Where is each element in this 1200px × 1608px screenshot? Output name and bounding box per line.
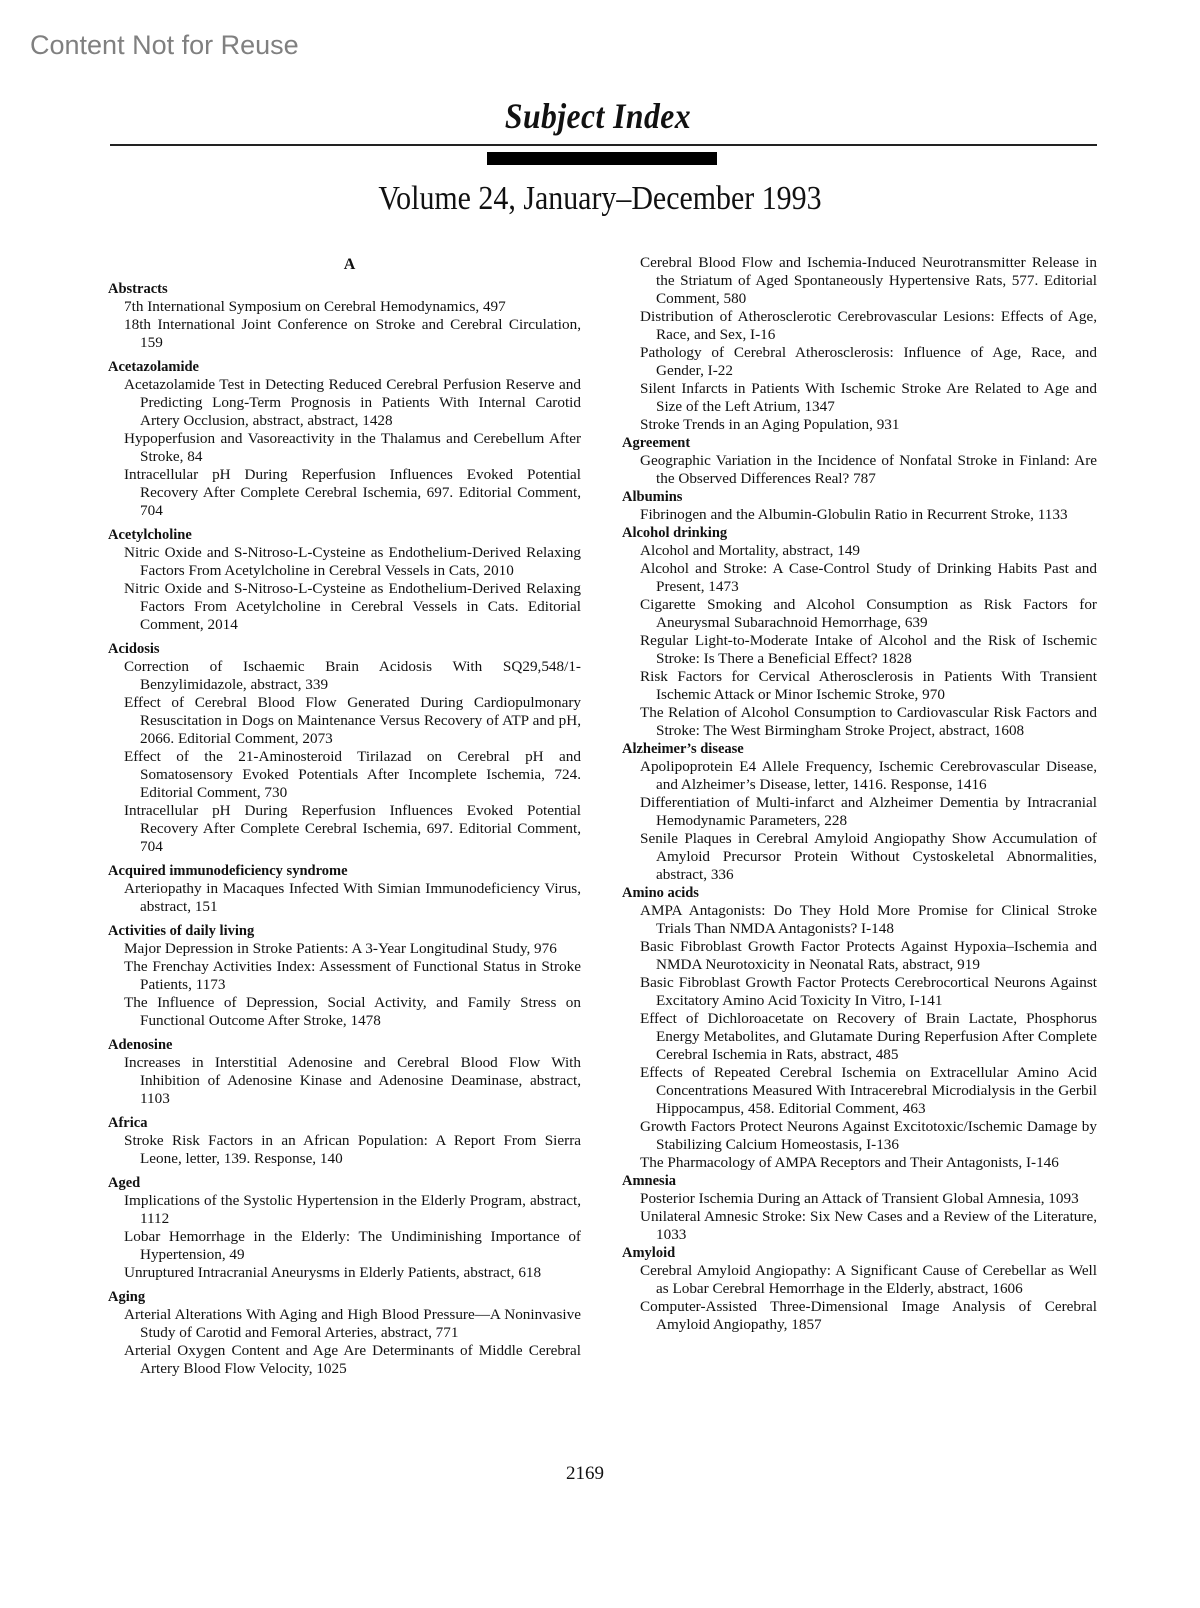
index-entry: Arteriopathy in Macaques Infected With S… (108, 880, 581, 916)
index-group: Acquired immunodeficiency syndromeArteri… (108, 862, 581, 916)
index-heading: Agreement (622, 434, 1097, 452)
index-group: Activities of daily livingMajor Depressi… (108, 922, 581, 1030)
index-entry: Fibrinogen and the Albumin-Globulin Rati… (622, 506, 1097, 524)
index-group: AgedImplications of the Systolic Hyperte… (108, 1174, 581, 1282)
index-entry: Effect of Dichloroacetate on Recovery of… (622, 1010, 1097, 1064)
index-entry: Growth Factors Protect Neurons Against E… (622, 1118, 1097, 1154)
index-entry: Unruptured Intracranial Aneurysms in Eld… (108, 1264, 581, 1282)
index-entry: Effects of Repeated Cerebral Ischemia on… (622, 1064, 1097, 1118)
watermark: Content Not for Reuse (30, 30, 299, 61)
index-entry: Cerebral Amyloid Angiopathy: A Significa… (622, 1262, 1097, 1298)
index-entry: Stroke Trends in an Aging Population, 93… (622, 416, 1097, 434)
index-entry: 7th International Symposium on Cerebral … (108, 298, 581, 316)
title-bar-decoration (487, 152, 717, 165)
index-entry: The Influence of Depression, Social Acti… (108, 994, 581, 1030)
index-entry: Unilateral Amnesic Stroke: Six New Cases… (622, 1208, 1097, 1244)
index-entry: Correction of Ischaemic Brain Acidosis W… (108, 658, 581, 694)
index-entry: Differentiation of Multi-infarct and Alz… (622, 794, 1097, 830)
index-entry: Posterior Ischemia During an Attack of T… (622, 1190, 1097, 1208)
index-group: AcetylcholineNitric Oxide and S-Nitroso-… (108, 526, 581, 634)
index-entry: Intracellular pH During Reperfusion Infl… (108, 466, 581, 520)
index-groups-right: Cerebral Blood Flow and Ischemia-Induced… (622, 254, 1097, 1334)
index-entry: Arterial Oxygen Content and Age Are Dete… (108, 1342, 581, 1378)
index-entry: The Pharmacology of AMPA Receptors and T… (622, 1154, 1097, 1172)
index-heading: Amyloid (622, 1244, 1097, 1262)
index-entry: Arterial Alterations With Aging and High… (108, 1306, 581, 1342)
index-group: Cerebral Blood Flow and Ischemia-Induced… (622, 254, 1097, 434)
index-entry: Stroke Risk Factors in an African Popula… (108, 1132, 581, 1168)
index-entry: Basic Fibroblast Growth Factor Protects … (622, 938, 1097, 974)
index-entry: Apolipoprotein E4 Allele Frequency, Isch… (622, 758, 1097, 794)
index-heading: Acetazolamide (108, 358, 581, 376)
index-entry: Implications of the Systolic Hypertensio… (108, 1192, 581, 1228)
index-heading: Activities of daily living (108, 922, 581, 940)
page-title: Subject Index (70, 95, 1126, 137)
index-heading: Aging (108, 1288, 581, 1306)
title-rule-divider (110, 144, 1097, 146)
index-entry: Effect of Cerebral Blood Flow Generated … (108, 694, 581, 748)
index-entry: AMPA Antagonists: Do They Hold More Prom… (622, 902, 1097, 938)
index-groups-left: Abstracts7th International Symposium on … (108, 280, 581, 1378)
index-entry: Increases in Interstitial Adenosine and … (108, 1054, 581, 1108)
index-group: Alcohol drinkingAlcohol and Mortality, a… (622, 524, 1097, 740)
index-entry: Nitric Oxide and S-Nitroso-L-Cysteine as… (108, 580, 581, 634)
index-heading: Africa (108, 1114, 581, 1132)
index-group: AfricaStroke Risk Factors in an African … (108, 1114, 581, 1168)
index-entry: Senile Plaques in Cerebral Amyloid Angio… (622, 830, 1097, 884)
index-entry: Pathology of Cerebral Atherosclerosis: I… (622, 344, 1097, 380)
index-entry: Cigarette Smoking and Alcohol Consumptio… (622, 596, 1097, 632)
index-entry: Nitric Oxide and S-Nitroso-L-Cysteine as… (108, 544, 581, 580)
index-entry: 18th International Joint Conference on S… (108, 316, 581, 352)
index-group: Alzheimer’s diseaseApolipoprotein E4 All… (622, 740, 1097, 884)
index-entry: Silent Infarcts in Patients With Ischemi… (622, 380, 1097, 416)
index-entry: Lobar Hemorrhage in the Elderly: The Und… (108, 1228, 581, 1264)
index-heading: Amino acids (622, 884, 1097, 902)
index-entry: Alcohol and Stroke: A Case-Control Study… (622, 560, 1097, 596)
index-entry: Geographic Variation in the Incidence of… (622, 452, 1097, 488)
index-heading: Adenosine (108, 1036, 581, 1054)
index-column-left: A Abstracts7th International Symposium o… (108, 256, 581, 1384)
index-group: AcidosisCorrection of Ischaemic Brain Ac… (108, 640, 581, 856)
index-group: AlbuminsFibrinogen and the Albumin-Globu… (622, 488, 1097, 524)
index-entry: Risk Factors for Cervical Atherosclerosi… (622, 668, 1097, 704)
index-entry: Alcohol and Mortality, abstract, 149 (622, 542, 1097, 560)
index-entry: Hypoperfusion and Vasoreactivity in the … (108, 430, 581, 466)
index-entry: Major Depression in Stroke Patients: A 3… (108, 940, 581, 958)
index-heading: Alcohol drinking (622, 524, 1097, 542)
index-group: AmnesiaPosterior Ischemia During an Atta… (622, 1172, 1097, 1244)
index-heading: Albumins (622, 488, 1097, 506)
index-group: AgreementGeographic Variation in the Inc… (622, 434, 1097, 488)
index-entry: Effect of the 21-Aminosteroid Tirilazad … (108, 748, 581, 802)
index-heading: Abstracts (108, 280, 581, 298)
index-group: AgingArterial Alterations With Aging and… (108, 1288, 581, 1378)
index-heading: Aged (108, 1174, 581, 1192)
index-group: Abstracts7th International Symposium on … (108, 280, 581, 352)
index-entry: The Frenchay Activities Index: Assessmen… (108, 958, 581, 994)
index-heading: Acetylcholine (108, 526, 581, 544)
index-heading: Acquired immunodeficiency syndrome (108, 862, 581, 880)
index-entry: Basic Fibroblast Growth Factor Protects … (622, 974, 1097, 1010)
index-heading: Acidosis (108, 640, 581, 658)
index-group: AmyloidCerebral Amyloid Angiopathy: A Si… (622, 1244, 1097, 1334)
index-group: AcetazolamideAcetazolamide Test in Detec… (108, 358, 581, 520)
volume-subtitle: Volume 24, January–December 1993 (72, 180, 1128, 218)
index-group: AdenosineIncreases in Interstitial Adeno… (108, 1036, 581, 1108)
index-heading: Amnesia (622, 1172, 1097, 1190)
index-column-right: Cerebral Blood Flow and Ischemia-Induced… (622, 254, 1097, 1334)
index-entry: The Relation of Alcohol Consumption to C… (622, 704, 1097, 740)
index-entry: Regular Light-to-Moderate Intake of Alco… (622, 632, 1097, 668)
index-entry: Distribution of Atherosclerotic Cerebrov… (622, 308, 1097, 344)
index-entry: Computer-Assisted Three-Dimensional Imag… (622, 1298, 1097, 1334)
section-letter: A (108, 256, 581, 274)
index-entry: Intracellular pH During Reperfusion Infl… (108, 802, 581, 856)
index-heading: Alzheimer’s disease (622, 740, 1097, 758)
index-entry: Acetazolamide Test in Detecting Reduced … (108, 376, 581, 430)
page-number: 2169 (0, 1463, 1170, 1485)
index-entry: Cerebral Blood Flow and Ischemia-Induced… (622, 254, 1097, 308)
index-group: Amino acidsAMPA Antagonists: Do They Hol… (622, 884, 1097, 1172)
